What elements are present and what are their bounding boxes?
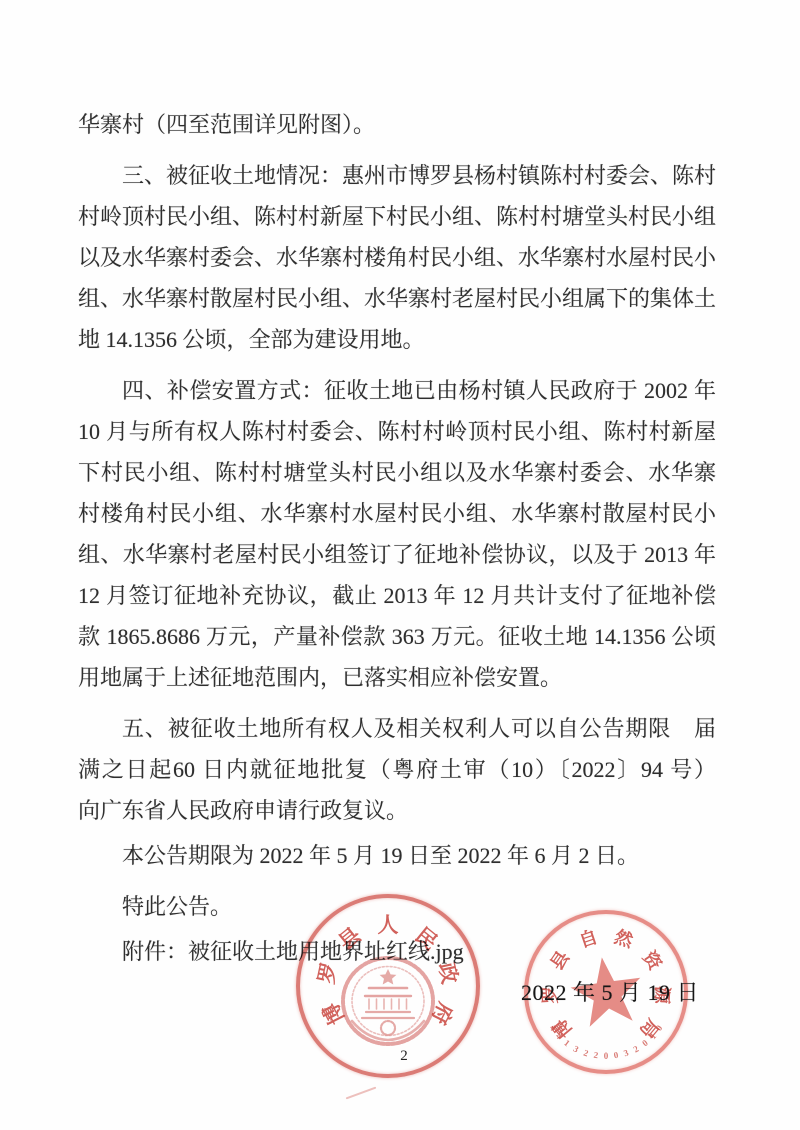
text-line: 满之日起60 日内就征地批复（粤府土审（10）〔2022〕94 号） bbox=[78, 749, 716, 790]
page-number: 2 bbox=[394, 1048, 414, 1065]
government-seal: 博罗县人民政府 bbox=[296, 894, 480, 1078]
seal-code-digit: 0 bbox=[604, 1051, 609, 1061]
text-line: 以及水华寨村委会、水华寨村楼角村民小组、水华寨村水屋村民小 bbox=[78, 237, 716, 278]
text-line: 本公告期限为 2022 年 5 月 19 日至 2022 年 6 月 2 日。 bbox=[78, 835, 716, 876]
seal-character: 然 bbox=[611, 923, 636, 953]
seal-code-digit: 2 bbox=[582, 1047, 589, 1058]
text-line: 12 月签订征地补充协议，截止 2013 年 12 月共计支付了征地补偿 bbox=[78, 575, 716, 616]
seal-code-digit: 3 bbox=[572, 1043, 581, 1054]
text-line: 款 1865.8686 万元，产量补偿款 363 万元。征收土地 14.1356… bbox=[78, 616, 716, 657]
text-line: 用地属于上述征地范围内，已落实相应补偿安置。 bbox=[78, 657, 716, 698]
seal-character: 民 bbox=[409, 920, 444, 957]
text-line: 三、被征收土地情况：惠州市博罗县杨村镇陈村村委会、陈村 bbox=[78, 155, 716, 196]
issue-date: 2022 年 5 月 19 日 bbox=[521, 976, 701, 1007]
document-page: 华寨村（四至范围详见附图）。三、被征收土地情况：惠州市博罗县杨村镇陈村村委会、陈… bbox=[0, 0, 800, 1130]
text-line: 10 月与所有权人陈村村委会、陈村村岭顶村民小组、陈村村新屋 bbox=[78, 411, 716, 452]
text-line: 五、被征收土地所有权人及相关权利人可以自公告期限 届 bbox=[78, 708, 716, 749]
seal-character: 政 bbox=[432, 960, 466, 987]
seal-code-digit: 2 bbox=[632, 1043, 641, 1054]
seal-code-digit: 3 bbox=[623, 1047, 630, 1058]
national-emblem-icon bbox=[339, 955, 437, 1047]
seal-character: 自 bbox=[575, 923, 600, 953]
text-line: 村岭顶村民小组、陈村村新屋下村民小组、陈村村塘堂头村民小组 bbox=[78, 196, 716, 237]
text-line: 华寨村（四至范围详见附图）。 bbox=[78, 104, 716, 145]
seal-character: 县 bbox=[331, 920, 366, 957]
text-line: 四、补偿安置方式：征收土地已由杨村镇人民政府于 2002 年 bbox=[78, 370, 716, 411]
text-line: 地 14.1356 公顷，全部为建设用地。 bbox=[78, 319, 716, 360]
seal-code-digit: 2 bbox=[593, 1050, 599, 1061]
text-line: 下村民小组、陈村村塘堂头村民小组以及水华寨村委会、水华寨 bbox=[78, 452, 716, 493]
text-line: 组、水华寨村散屋村民小组、水华寨村老屋村民小组属下的集体土 bbox=[78, 278, 716, 319]
seal-code-digit: 0 bbox=[613, 1050, 619, 1061]
text-line: 组、水华寨村老屋村民小组签订了征地补偿协议，以及于 2013 年 bbox=[78, 534, 716, 575]
text-line: 向广东省人民政府申请行政复议。 bbox=[78, 790, 716, 831]
notice-body: 华寨村（四至范围详见附图）。三、被征收土地情况：惠州市博罗县杨村镇陈村村委会、陈… bbox=[78, 104, 716, 972]
stray-ink-mark bbox=[346, 1087, 377, 1100]
text-line: 村楼角村民小组、水华寨村水屋村民小组、水华寨村散屋村民小 bbox=[78, 493, 716, 534]
seal-character: 人 bbox=[378, 909, 399, 939]
